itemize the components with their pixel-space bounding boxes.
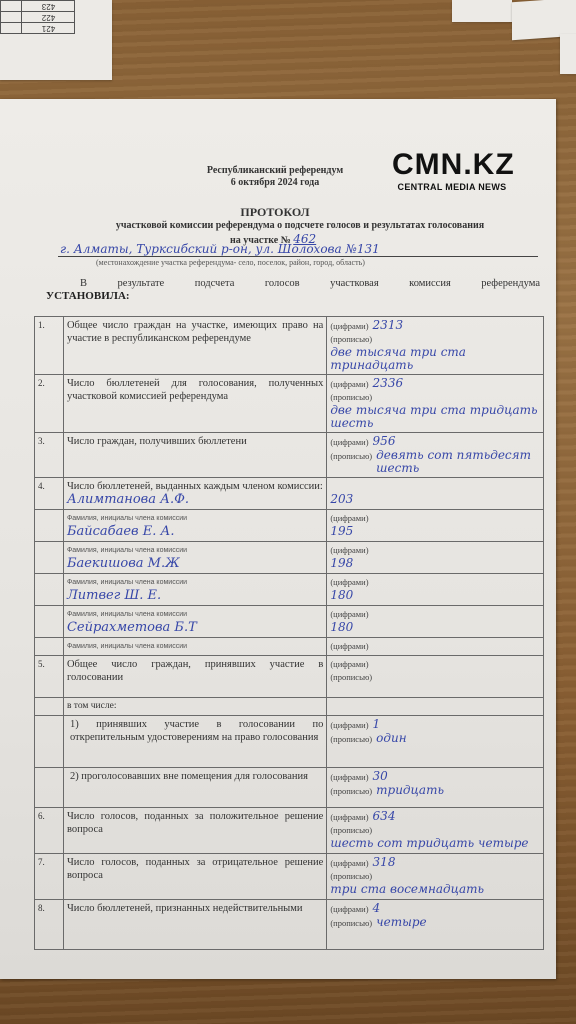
- row-values: 203: [327, 478, 544, 510]
- value-digits: 956: [373, 435, 396, 448]
- row-values: (цифрами)318 (прописью) три ста восемнад…: [327, 854, 544, 900]
- value-digits: 30: [373, 770, 388, 783]
- table-row: в том числе:: [35, 698, 544, 716]
- watermark-logo: CMN.KZ CENTRAL MEDIA NEWS: [392, 150, 512, 192]
- row-number: 7.: [35, 854, 64, 900]
- table-row: 5. Общее число граждан, принявших участи…: [35, 656, 544, 698]
- member-name: Баекишова М.Ж: [67, 557, 323, 571]
- table-row: 3. Число граждан, получивших бюллетени (…: [35, 433, 544, 478]
- member-count: 203: [330, 492, 353, 506]
- value-words: две тысяча три ста тринадцать: [330, 346, 540, 372]
- background-sheet: [452, 0, 512, 22]
- protocol-table: 1. Общее число граждан на участке, имеющ…: [34, 316, 544, 950]
- background-sheet: 423 422 421: [0, 0, 112, 80]
- member-row: Фамилия, инициалы члена комиссии Сейрахм…: [35, 606, 544, 638]
- established-heading: УСТАНОВИЛА:: [46, 290, 130, 302]
- row-description: 2) проголосовавших вне помещения для гол…: [63, 768, 326, 808]
- table-row: 7. Число голосов, поданных за отрицатель…: [35, 854, 544, 900]
- table-row: 1. Общее число граждан на участке, имеющ…: [35, 317, 544, 375]
- value-words: две тысяча три ста тридцать шесть: [330, 404, 540, 430]
- row-description: Число голосов, поданных за положительное…: [63, 808, 326, 854]
- value-words: тридцать: [376, 784, 444, 797]
- member-row: Фамилия, инициалы члена комиссии (цифрам…: [35, 638, 544, 656]
- intro-text: В результате подсчета голосов участковая…: [46, 278, 540, 289]
- logo-wordmark: CMN.KZ: [392, 150, 512, 180]
- value-words: три ста восемнадцать: [330, 883, 540, 896]
- row-values: (цифрами)4 (прописью)четыре: [327, 900, 544, 950]
- member-row: Фамилия, инициалы члена комиссии Байсаба…: [35, 510, 544, 542]
- row-description: Число бюллетеней, признанных недействите…: [63, 900, 326, 950]
- member-count: 180: [330, 588, 353, 602]
- table-row: 4. Число бюллетеней, выданных каждым чле…: [35, 478, 544, 510]
- row-values: (цифрами) (прописью): [327, 656, 544, 698]
- row-values: (цифрами)30 (прописью)тридцать: [327, 768, 544, 808]
- logo-tagline: CENTRAL MEDIA NEWS: [392, 182, 512, 192]
- row-values: (цифрами)1 (прописью)один: [327, 716, 544, 768]
- row-number: 5.: [35, 656, 64, 698]
- row-description: Общее число граждан на участке, имеющих …: [63, 317, 326, 375]
- table-row: 2) проголосовавших вне помещения для гол…: [35, 768, 544, 808]
- row-description: 1) принявших участие в голосовании по от…: [63, 716, 326, 768]
- background-row: 421: [1, 23, 75, 34]
- background-row: 423: [1, 1, 75, 12]
- value-words: девять сот пятьдесят шесть: [376, 449, 540, 475]
- background-sheet: [560, 34, 576, 74]
- value-digits: 2313: [373, 319, 404, 332]
- row-number: 6.: [35, 808, 64, 854]
- row-number: 8.: [35, 900, 64, 950]
- table-row: 8. Число бюллетеней, признанных недейств…: [35, 900, 544, 950]
- document-subtitle: участковой комиссии референдума о подсче…: [60, 220, 540, 231]
- row-description: Общее число граждан, принявших участие в…: [63, 656, 326, 698]
- row-number: 3.: [35, 433, 64, 478]
- row-values: (цифрами)2336 (прописью) две тысяча три …: [327, 375, 544, 433]
- row-values: (цифрами)634 (прописью) шесть сот тридца…: [327, 808, 544, 854]
- value-digits: 1: [373, 718, 381, 731]
- table-row: 2. Число бюллетеней для голосования, пол…: [35, 375, 544, 433]
- value-words: шесть сот тридцать четыре: [330, 837, 540, 850]
- row-description: Число граждан, получивших бюллетени: [63, 433, 326, 478]
- row-values: (цифрами)2313 (прописью) две тысяча три …: [327, 317, 544, 375]
- row-values: (цифрами)956 (прописью)девять сот пятьде…: [327, 433, 544, 478]
- member-count: 198: [330, 556, 353, 570]
- member-name: Литвег Ш. Е.: [67, 589, 323, 603]
- background-row: 422: [1, 12, 75, 23]
- document-title: ПРОТОКОЛ: [180, 205, 370, 220]
- value-digits: 634: [373, 810, 396, 823]
- row-number: 2.: [35, 375, 64, 433]
- member-count: 180: [330, 620, 353, 634]
- row-description: Число голосов, поданных за отрицательное…: [63, 854, 326, 900]
- value-digits: 4: [373, 902, 381, 915]
- referendum-date: 6 октября 2024 года: [180, 177, 370, 188]
- background-sheet-table: 423 422 421: [0, 0, 75, 34]
- member-row: Фамилия, инициалы члена комиссии Баекишо…: [35, 542, 544, 574]
- table-row: 1) принявших участие в голосовании по от…: [35, 716, 544, 768]
- including-label: в том числе:: [63, 698, 326, 716]
- member-name: Байсабаев Е. А.: [67, 525, 323, 539]
- row-number: 1.: [35, 317, 64, 375]
- precinct-location: г. Алматы, Турксибский р-он, ул. Шолохов…: [58, 242, 538, 257]
- location-caption: (местонахождение участка референдума- се…: [96, 258, 365, 267]
- row-description: Число бюллетеней для голосования, получе…: [63, 375, 326, 433]
- member-name: Сейрахметова Б.Т: [67, 621, 323, 635]
- member-row: Фамилия, инициалы члена комиссии Литвег …: [35, 574, 544, 606]
- table-row: 6. Число голосов, поданных за положитель…: [35, 808, 544, 854]
- member-count: 195: [330, 524, 353, 538]
- member-name: Алимтанова А.Ф.: [67, 493, 323, 507]
- row-description: Число бюллетеней, выданных каждым членом…: [63, 478, 326, 510]
- row-number: 4.: [35, 478, 64, 510]
- value-words: четыре: [376, 916, 427, 929]
- value-words: один: [376, 732, 406, 745]
- value-digits: 318: [373, 856, 396, 869]
- value-digits: 2336: [373, 377, 404, 390]
- referendum-name: Республиканский референдум: [180, 165, 370, 176]
